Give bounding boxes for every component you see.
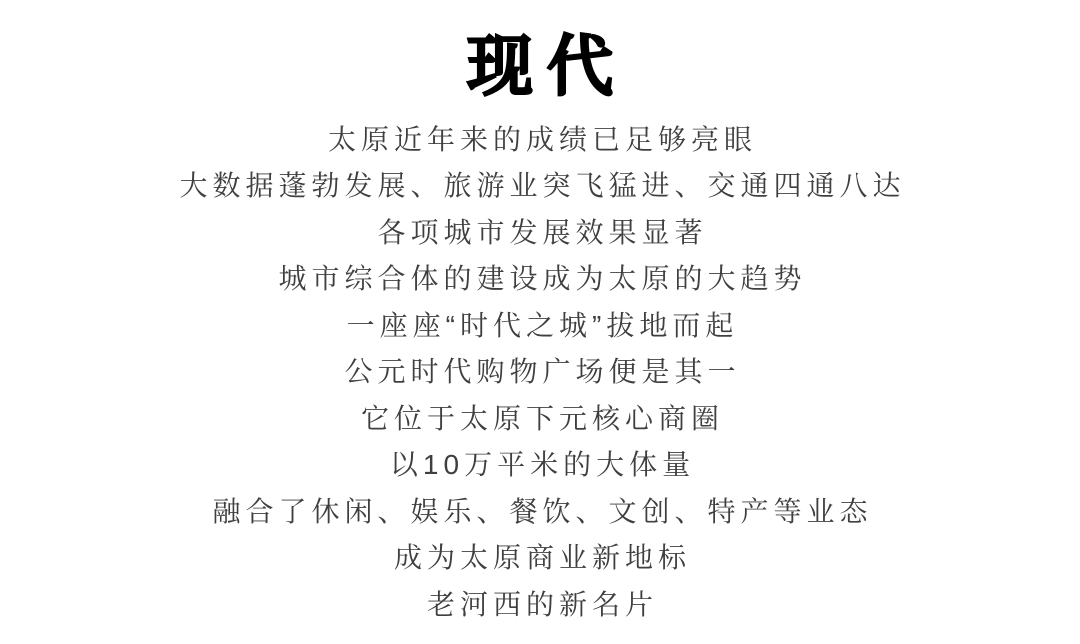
text-line-11: 老河西的新名片 bbox=[0, 582, 1080, 629]
article-page: 现代 太原近年来的成绩已足够亮眼 大数据蓬勃发展、旅游业突飞猛进、交通四通八达 … bbox=[0, 0, 1080, 644]
text-line-5: 一座座“时代之城”拔地而起 bbox=[0, 303, 1080, 350]
text-line-1: 太原近年来的成绩已足够亮眼 bbox=[0, 117, 1080, 164]
text-line-9: 融合了休闲、娱乐、餐饮、文创、特产等业态 bbox=[0, 489, 1080, 536]
page-title: 现代 bbox=[0, 0, 1080, 103]
text-line-2: 大数据蓬勃发展、旅游业突飞猛进、交通四通八达 bbox=[0, 163, 1080, 210]
text-line-10: 成为太原商业新地标 bbox=[0, 535, 1080, 582]
text-line-4: 城市综合体的建设成为太原的大趋势 bbox=[0, 256, 1080, 303]
body-text-block: 太原近年来的成绩已足够亮眼 大数据蓬勃发展、旅游业突飞猛进、交通四通八达 各项城… bbox=[0, 117, 1080, 629]
text-line-8: 以10万平米的大体量 bbox=[0, 442, 1080, 489]
text-line-3: 各项城市发展效果显著 bbox=[0, 210, 1080, 257]
text-line-6: 公元时代购物广场便是其一 bbox=[0, 349, 1080, 396]
text-line-7: 它位于太原下元核心商圈 bbox=[0, 396, 1080, 443]
